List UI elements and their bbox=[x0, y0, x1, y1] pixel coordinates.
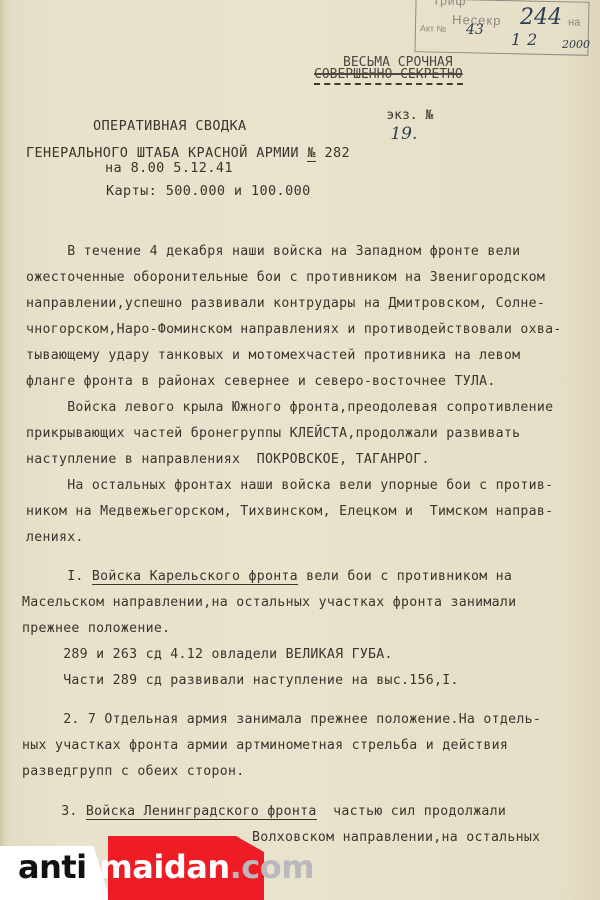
copy-label: экз. № bbox=[386, 108, 433, 123]
site-watermark: anti-maidan.com bbox=[0, 836, 320, 900]
watermark-maidan: maidan bbox=[99, 848, 229, 886]
body-line: тывающему удару танковых и мотомехчастей… bbox=[26, 348, 520, 363]
stamp-handwritten-date: 12 bbox=[511, 30, 543, 49]
body-line: 2. 7 Отдельная армия занимала прежнее по… bbox=[22, 712, 541, 727]
doc-subtitle: ГЕНЕРАЛЬНОГО ШТАБА КРАСНОЙ АРМИИ № 282 bbox=[26, 145, 350, 161]
stamp-handwritten-number: 244 bbox=[520, 5, 562, 30]
body-line: Части 289 сд развивали наступление на вы… bbox=[22, 673, 459, 688]
doc-title: ОПЕРАТИВНАЯ СВОДКА bbox=[93, 118, 247, 134]
document-page: Триф Несекр Акт № на 43 244 12 2000 ВЕСЬ… bbox=[0, 0, 600, 900]
body-line: На остальных фронтах наши войска вели уп… bbox=[26, 478, 553, 493]
body-line: ожесточенные оборонительные бои с против… bbox=[26, 270, 545, 285]
section-heading: Войска Карельского фронта bbox=[92, 569, 298, 585]
section-1-heading-line: I. Войска Карельского фронта вели бои с … bbox=[26, 569, 512, 584]
doc-date: на 8.00 5.12.41 bbox=[105, 160, 233, 176]
number-sign: № bbox=[307, 145, 316, 162]
section-number: 3. bbox=[20, 804, 86, 819]
section-text: вели бои с противником на bbox=[298, 569, 512, 584]
body-line: фланге фронта в районах севернее и север… bbox=[26, 374, 496, 389]
body-line: Масельском направлении,на остальных учас… bbox=[22, 595, 516, 610]
body-line: наступление в направлениях ПОКРОВСКОЕ, Т… bbox=[26, 452, 430, 467]
doc-subtitle-text: ГЕНЕРАЛЬНОГО ШТАБА КРАСНОЙ АРМИИ bbox=[26, 145, 307, 161]
body-line: Войска левого крыла Южного фронта,преодо… bbox=[26, 400, 553, 415]
body-line: разведгрупп с обеих сторон. bbox=[22, 764, 244, 779]
body-line: прикрывающих частей бронегруппы КЛЕЙСТА,… bbox=[26, 426, 520, 441]
watermark-dash: - bbox=[87, 848, 100, 886]
body-line: чногорском,Наро-Фоминском направлениях и… bbox=[26, 322, 562, 337]
body-line: 289 и 263 сд 4.12 овладели ВЕЛИКАЯ ГУБА. bbox=[22, 647, 393, 662]
body-line: ных участках фронта армии артминометная … bbox=[22, 738, 508, 753]
classification-struck: СОВЕРШЕННО СЕКРЕТНО bbox=[314, 67, 463, 85]
watermark-anti: anti bbox=[18, 848, 87, 886]
body-line: В течение 4 декабря наши войска на Запад… bbox=[26, 244, 520, 259]
section-heading: Войска Ленинградского фронта bbox=[86, 804, 317, 820]
section-3-heading-line: 3. Войска Ленинградского фронта частью с… bbox=[20, 804, 506, 819]
stamp-line1: Триф bbox=[432, 0, 466, 8]
stamp-handwritten-year: 2000 bbox=[562, 38, 590, 51]
body-line: направлении,успешно развивали контрудары… bbox=[26, 296, 545, 311]
section-text: частью сил продолжали bbox=[317, 804, 507, 819]
stamp-na: на bbox=[568, 16, 580, 28]
watermark-com: .com bbox=[230, 848, 314, 886]
body-line: прежнее положение. bbox=[22, 621, 170, 636]
body-line: лениях. bbox=[26, 530, 84, 545]
maps-scale: Карты: 500.000 и 100.000 bbox=[106, 183, 311, 199]
copy-number-line: экз. № 19. bbox=[355, 93, 433, 158]
section-number: I. bbox=[26, 569, 92, 584]
stamp-act-number: 43 bbox=[466, 22, 484, 38]
stamp-line3: Акт № bbox=[420, 23, 447, 34]
body-line: ником на Медвежьегорском, Тихвинском, Ел… bbox=[26, 504, 553, 519]
copy-number: 19. bbox=[390, 124, 417, 144]
report-number: 282 bbox=[316, 145, 350, 161]
watermark-text: anti-maidan.com bbox=[18, 848, 314, 886]
